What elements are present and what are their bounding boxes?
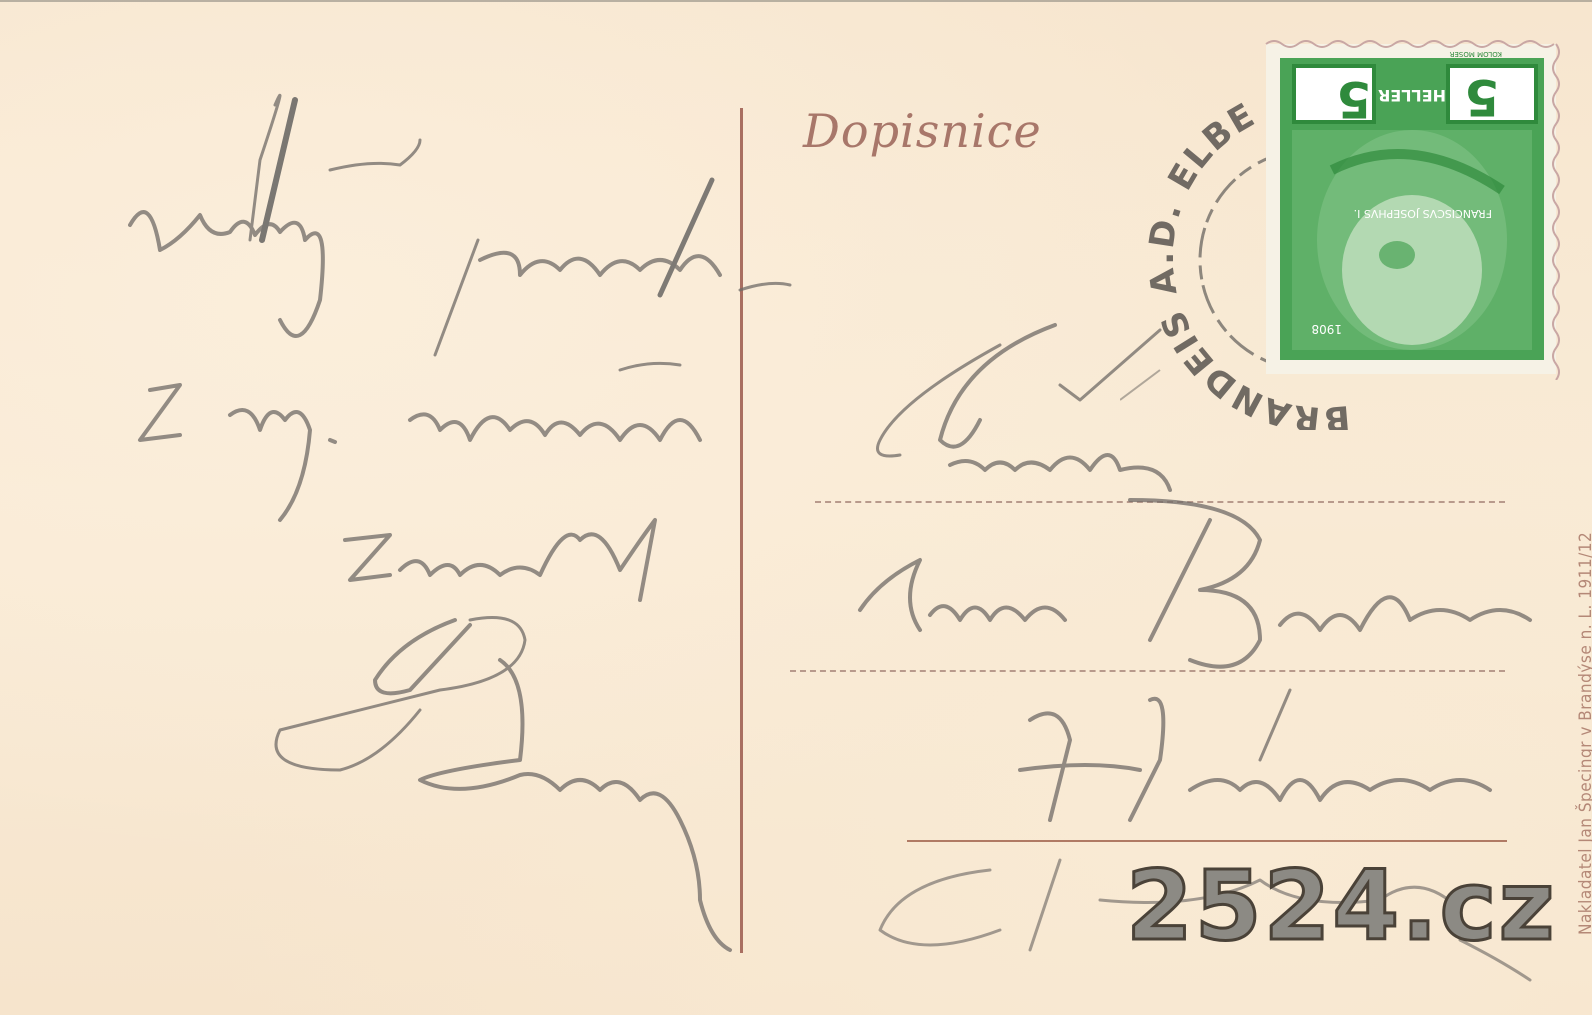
address-line-hlichov xyxy=(1020,690,1490,820)
message-line-3 xyxy=(345,520,655,600)
signature xyxy=(276,618,730,951)
address-line-1 xyxy=(815,501,1505,503)
address-line-3 xyxy=(907,840,1507,842)
svg-text:KOLOM MOSER: KOLOM MOSER xyxy=(1449,50,1502,58)
message-line-1 xyxy=(130,95,790,355)
postage-stamp-icon: 5 5 HELLER FRANCISCVS JOSEPHVS I. 1908 K… xyxy=(1262,40,1582,380)
address-line-2 xyxy=(790,670,1505,672)
watermark-logo: 2524.cz xyxy=(1126,858,1556,954)
svg-text:1908: 1908 xyxy=(1311,322,1342,336)
postcard-back: Dopisnice Nakladatel Jan Špecingr v Bran… xyxy=(0,0,1592,1015)
address-line-anna xyxy=(860,500,1530,667)
svg-text:HELLER: HELLER xyxy=(1378,86,1446,105)
message-line-2 xyxy=(140,363,700,520)
svg-text:5: 5 xyxy=(1465,68,1500,126)
svg-text:5: 5 xyxy=(1337,70,1372,128)
svg-text:FRANCISCVS JOSEPHVS I.: FRANCISCVS JOSEPHVS I. xyxy=(1354,207,1492,220)
scan-edge xyxy=(0,0,1592,2)
card-heading: Dopisnice xyxy=(803,104,1042,158)
center-divider-line xyxy=(740,108,743,953)
publisher-imprint: Nakladatel Jan Špecingr v Brandýse n. L.… xyxy=(1576,532,1592,935)
